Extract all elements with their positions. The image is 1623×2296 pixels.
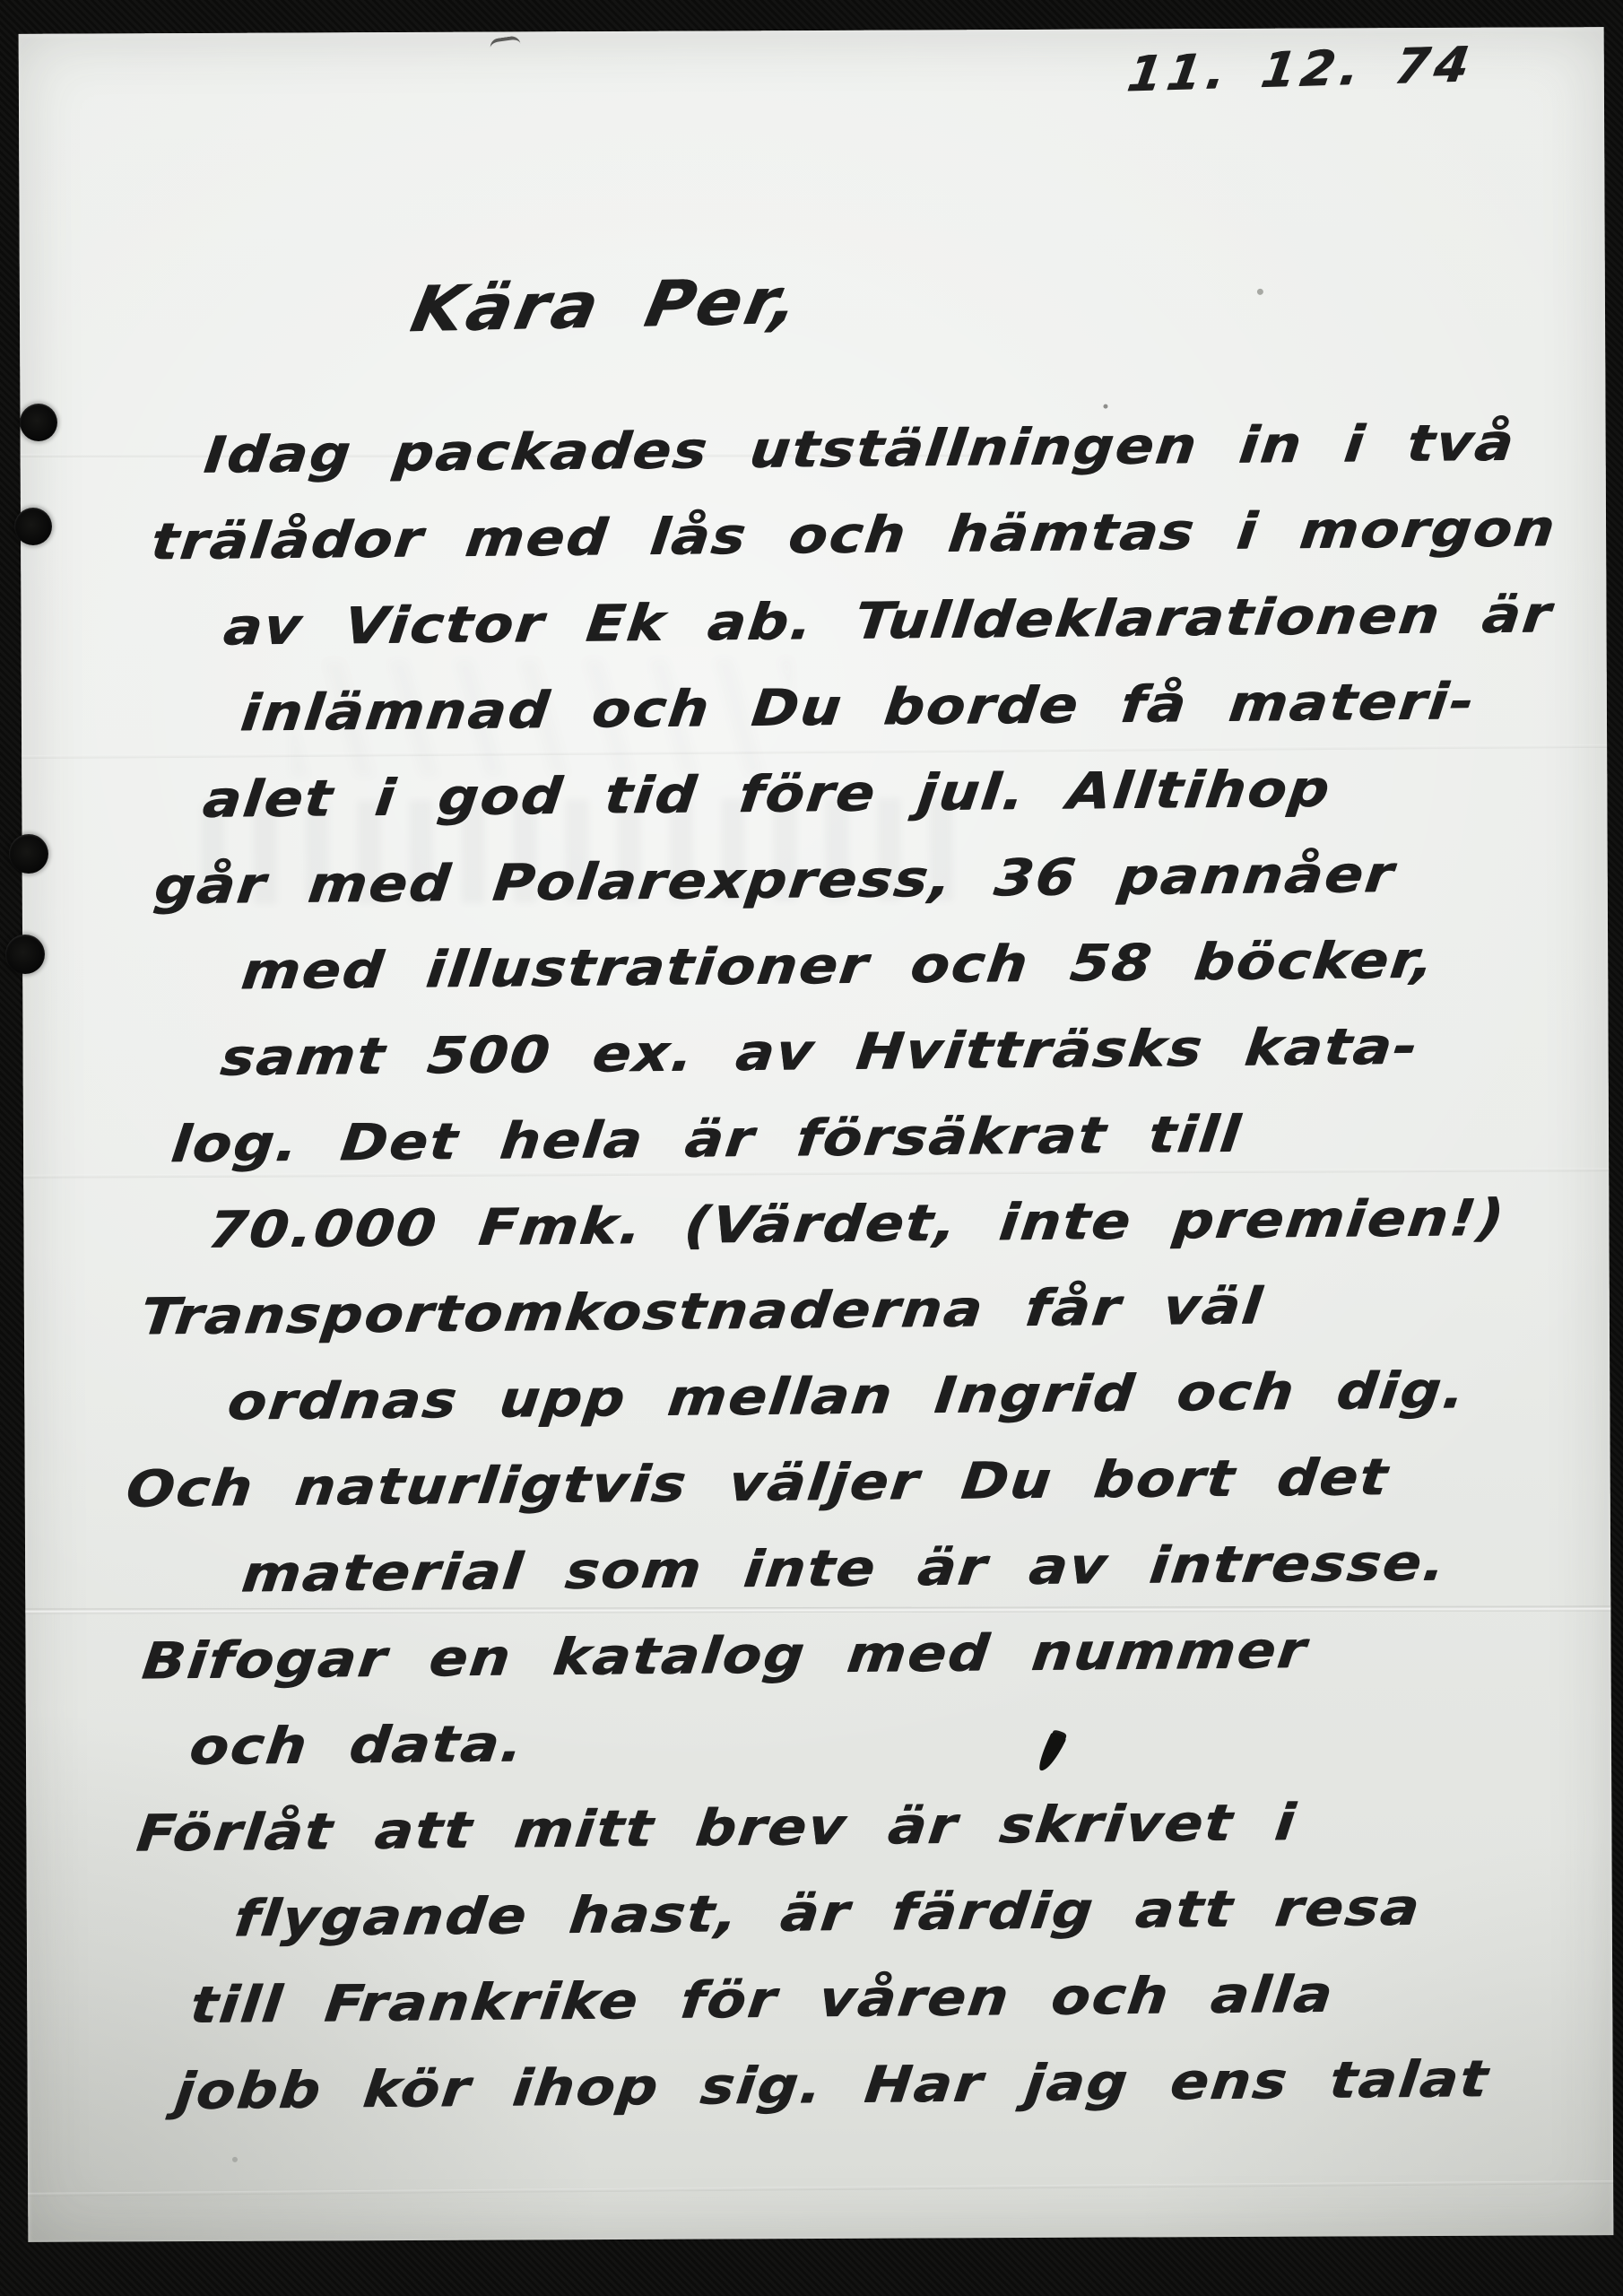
punch-hole: [9, 834, 48, 874]
letter-line: log. Det hela är försäkrat till: [167, 1087, 1623, 1188]
letter-line: Och naturligtvis väljer Du bort det: [122, 1431, 1623, 1534]
punch-hole: [14, 508, 52, 545]
letter-line: 70.000 Fmk. (Värdet, inte premien!): [204, 1173, 1623, 1274]
letter-line: ordnas upp mellan Ingrid och dig.: [223, 1345, 1623, 1447]
paper-crease: [28, 2180, 1613, 2196]
letter-date: 11. 12. 74: [1124, 36, 1478, 102]
letter-line: alet i god tid före jul. Alltihop: [198, 743, 1623, 844]
letter-line: av Victor Ek ab. Tulldeklarationen är: [220, 570, 1623, 672]
letter-line: Förlåt att mitt brev är skrivet i: [132, 1776, 1623, 1878]
letter-line: inlämnad och Du borde få materi-: [237, 657, 1623, 757]
letter-line: går med Polarexpress, 36 pannåer: [150, 829, 1623, 930]
letter-body: Idag packades utställningen in i två trä…: [15, 400, 1617, 2137]
letter-line: samt 500 ex. av Hvitträsks kata-: [216, 1001, 1623, 1102]
letter-line: Bifogar en katalog med nummer: [138, 1604, 1623, 1706]
punch-hole: [20, 404, 57, 441]
punch-hole: [5, 935, 45, 974]
paper-speck: [1257, 289, 1263, 295]
letter-paper: 11. 12. 74 Kära Per, Idag packades utstä…: [19, 27, 1614, 2242]
letter-line: till Frankrike för våren och alla: [186, 1948, 1623, 2049]
paper-speck: [232, 2157, 238, 2162]
letter-line: Transportomkostnaderna får väl: [136, 1259, 1623, 1361]
letter-line: trälådor med lås och hämtas i morgon: [147, 484, 1623, 586]
letter-line: flygande hast, är färdig att resa: [230, 1862, 1623, 1963]
letter-line: med illustrationer och 58 böcker,: [237, 915, 1623, 1015]
scanned-letter-page: 11. 12. 74 Kära Per, Idag packades utstä…: [0, 0, 1623, 2296]
letter-line: material som inte är av intresse.: [238, 1518, 1623, 1619]
letter-line: jobb kör ihop sig. Har jag ens talat: [170, 2034, 1623, 2135]
letter-line: Idag packades utställningen in i två: [200, 398, 1623, 500]
letter-line: och data.: [186, 1690, 1623, 1791]
stray-pen-mark: [489, 35, 522, 57]
letter-salutation: Kära Per,: [405, 265, 808, 346]
